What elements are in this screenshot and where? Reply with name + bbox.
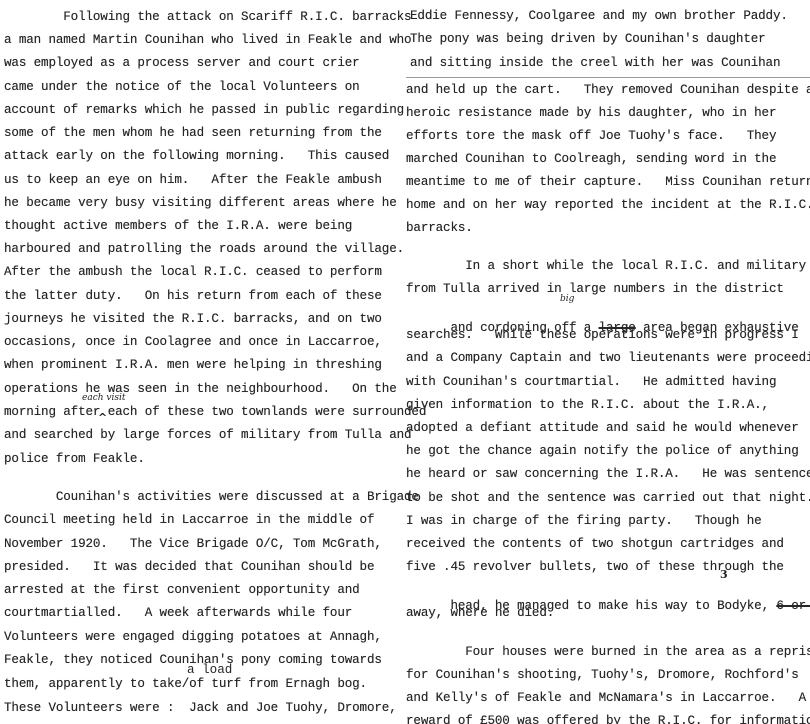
text-line: harboured and patrolling the roads aroun… <box>4 241 404 257</box>
handwritten-insert: each visit <box>82 393 125 403</box>
text-line: marched Counihan to Coolreagh, sending w… <box>406 151 776 167</box>
text-line: head, he managed to make his way to Body… <box>406 582 810 598</box>
text-line: he became very busy visiting different a… <box>4 195 397 211</box>
text-line: barracks. <box>406 220 473 236</box>
text-line: and sitting inside the creel with her wa… <box>410 55 780 71</box>
text-line: These Volunteers were : Jack and Joe Tuo… <box>4 700 397 716</box>
text-line: Volunteers were engaged digging potatoes… <box>4 629 382 645</box>
text-line: efforts tore the mask off Joe Tuohy's fa… <box>406 128 776 144</box>
text-line: heroic resistance made by his daughter, … <box>406 105 776 121</box>
text-line: and cordoning off a large area began exh… <box>406 304 799 320</box>
handwritten-correction: big <box>560 294 574 304</box>
text-line: he heard or saw concerning the I.R.A. He… <box>406 466 810 482</box>
text-line: Following the attack on Scariff R.I.C. b… <box>4 9 411 25</box>
text-line: The pony was being driven by Counihan's … <box>410 31 766 47</box>
text-line: thought active members of the I.R.A. wer… <box>4 218 352 234</box>
text-line: police from Feakle. <box>4 451 145 467</box>
text-line: a man named Martin Counihan who lived in… <box>4 32 411 48</box>
insertion-caret-icon: ^ <box>98 413 107 423</box>
text-line: presided. It was decided that Counihan s… <box>4 559 374 575</box>
text-line: morning after each of these two townland… <box>4 404 426 420</box>
text-line: searches. While these operations were in… <box>406 327 799 343</box>
text-line: Council meeting held in Laccarroe in the… <box>4 512 374 528</box>
struck-text: 6 or 7 <box>776 599 810 613</box>
text-line: away, where he died. <box>406 605 554 621</box>
text-line: and a Company Captain and two lieutenant… <box>406 350 810 366</box>
text-line: reward of £500 was offered by the R.I.C.… <box>406 713 810 724</box>
text-line: arrested at the first convenient opportu… <box>4 582 360 598</box>
document-page: Following the attack on Scariff R.I.C. b… <box>0 0 810 724</box>
text-line: courtmartialled. A week afterwards while… <box>4 605 352 621</box>
text-line: us to keep an eye on him. After the Feak… <box>4 172 382 188</box>
text-line: he got the chance again notify the polic… <box>406 443 799 459</box>
text-line: home and on her way reported the inciden… <box>406 197 810 213</box>
text-line: After the ambush the local R.I.C. ceased… <box>4 264 382 280</box>
text-line: and held up the cart. They removed Couni… <box>406 82 810 98</box>
text-line: Eddie Fennessy, Coolgaree and my own bro… <box>410 8 788 24</box>
handwritten-correction: 3 <box>720 570 728 580</box>
text-line: some of the men whom he had seen returni… <box>4 125 382 141</box>
text-line: to be shot and the sentence was carried … <box>406 490 810 506</box>
text-line: came under the notice of the local Volun… <box>4 79 360 95</box>
text-line: given information to the R.I.C. about th… <box>406 397 769 413</box>
text-line: Four houses were burned in the area as a… <box>406 644 810 660</box>
text-line: adopted a defiant attitude and said he w… <box>406 420 799 436</box>
divider-line <box>406 77 810 78</box>
text-line: journeys he visited the R.I.C. barracks,… <box>4 311 382 327</box>
text-line: and Kelly's of Feakle and McNamara's in … <box>406 690 806 706</box>
text-line: meantime to me of their capture. Miss Co… <box>406 174 810 190</box>
text-line: Counihan's activities were discussed at … <box>4 489 419 505</box>
text-line: occasions, once in Coolagree and once in… <box>4 334 382 350</box>
typed-insert: a load <box>187 663 232 677</box>
text-line: operations he was seen in the neighbourh… <box>4 381 397 397</box>
text-line: was employed as a process server and cou… <box>4 55 360 71</box>
text-line: received the contents of two shotgun car… <box>406 536 784 552</box>
text-line: In a short while the local R.I.C. and mi… <box>406 258 806 274</box>
text-line: them, apparently to take/of turf from Er… <box>4 676 367 692</box>
text-line: account of remarks which he passed in pu… <box>4 102 404 118</box>
text-line: the latter duty. On his return from each… <box>4 288 382 304</box>
text-line: attack early on the following morning. T… <box>4 148 389 164</box>
text-line: when prominent I.R.A. men were helping i… <box>4 357 382 373</box>
text-line: and searched by large forces of military… <box>4 427 411 443</box>
text-line: November 1920. The Vice Brigade O/C, Tom… <box>4 536 382 552</box>
text-line: I was in charge of the firing party. Tho… <box>406 513 762 529</box>
text-line: for Counihan's shooting, Tuohy's, Dromor… <box>406 667 799 683</box>
text-line: from Tulla arrived in large numbers in t… <box>406 281 784 297</box>
text-line: with Counihan's courtmartial. He admitte… <box>406 374 776 390</box>
